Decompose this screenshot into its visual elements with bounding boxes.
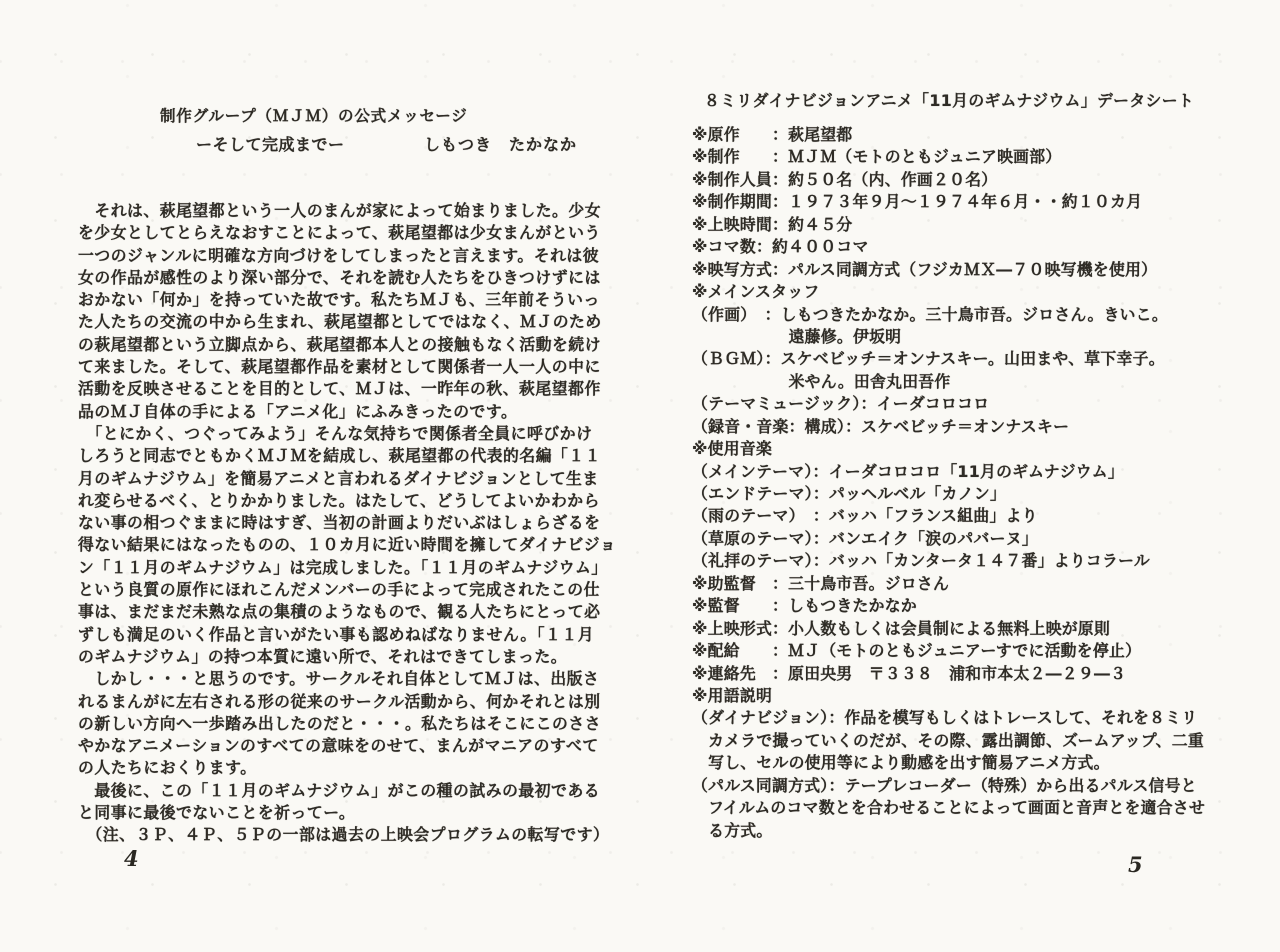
text-line: という良質の原作にほれこんだメンバーの手によって完成されたこの仕: [78, 579, 658, 601]
text-line: やかなアニメーションのすべての意味をのせて、まんがマニアのすべて: [78, 735, 658, 757]
text-line: ※メインスタッフ: [692, 281, 1252, 303]
left-page-author: しもつき たかなか: [424, 132, 577, 155]
text-line: フイルムのコマ数とを合わせることによって画面と音声とを適合させ: [692, 797, 1252, 819]
text-line: ※映写方式：パルス同調方式（フジカＭＸ―７０映写機を使用）: [692, 259, 1252, 281]
text-line: ※監督 ：しもつきたかなか: [692, 595, 1252, 617]
text-line: ※上映形式：小人数もしくは会員制による無料上映が原則: [692, 618, 1252, 640]
text-line: （注、３Ｐ、４Ｐ、５Ｐの一部は過去の上映会プログラムの転写です）: [78, 824, 658, 846]
text-line: 品のＭＪ自体の手による「アニメ化」にふみきったのです。: [78, 401, 658, 423]
text-line: を少女としてとらえなおすことによって、萩尾望都は少女まんがという: [78, 222, 658, 244]
text-line: （メインテーマ）：イーダコロコロ「11月のギムナジウム」: [692, 461, 1252, 483]
right-page-header: ８ミリダイナビジョンアニメ「11月のギムナジウム」データシート: [704, 88, 1194, 111]
text-line: 遠藤修。伊坂明: [692, 326, 1252, 348]
text-line: しかし・・・と思うのです。サークルそれ自体としてＭＪは、出版さ: [78, 668, 658, 690]
text-line: （雨のテーマ） ：バッハ「フランス組曲」より: [692, 505, 1252, 527]
page-number-5: 5: [1128, 852, 1143, 877]
text-line: 月のギムナジウム」を簡易アニメと言われるダイナビジョンとして生ま: [78, 468, 658, 490]
text-line: ない事の相つぐままに時はすぎ、当初の計画よりだいぶはしょらざるを: [78, 512, 658, 534]
page-number-4: 4: [124, 846, 139, 871]
text-line: ※使用音楽: [692, 438, 1252, 460]
text-line: る方式。: [692, 820, 1252, 842]
text-line: と同事に最後でないことを祈ってー。: [78, 802, 658, 824]
text-line: のギムナジウム」の持つ本質に遠い所で、それはできてしまった。: [78, 646, 658, 668]
text-line: 一つのジャンルに明確な方向づけをしてしまったと言えます。それは彼: [78, 245, 658, 267]
text-line: 得ない結果にはなったものの、１０カ月に近い時間を擁してダイナビジョ: [78, 534, 658, 556]
text-line: ※制作人員：約５０名（内、作画２０名）: [692, 169, 1252, 191]
text-line: ずしも満足のいく作品と言いがたい事も認めねばなりません。「１１月: [78, 624, 658, 646]
text-line: （パルス同調方式）：テープレコーダー（特殊）から出るパルス信号と: [692, 775, 1252, 797]
text-line: 最後に、この「１１月のギムナジウム」がこの種の試みの最初である: [78, 780, 658, 802]
text-line: ※配給 ：ＭＪ（モトのともジュニアーすでに活動を停止）: [692, 640, 1252, 662]
text-line: それは、萩尾望都という一人のまんが家によって始まりました。少女: [78, 200, 658, 222]
scanned-spread: 制作グループ（ＭＪＭ）の公式メッセージ ーそして完成までー しもつき たかなか …: [0, 0, 1280, 952]
text-line: ※上映時間：約４５分: [692, 214, 1252, 236]
text-line: ※助監督 ：三十鳥市吾。ジロさん: [692, 573, 1252, 595]
text-line: 米やん。田舎丸田吾作: [692, 371, 1252, 393]
text-line: （礼拝のテーマ）：バッハ「カンタータ１４７番」よりコラール: [692, 550, 1252, 572]
text-line: の新しい方向へ一歩踏み出したのだと・・・。私たちはそこにこのささ: [78, 713, 658, 735]
text-line: の人たちにおくります。: [78, 757, 658, 779]
text-line: ※用語説明: [692, 685, 1252, 707]
text-line: 女の作品が感性のより深い部分で、それを読む人たちをひきつけずには: [78, 267, 658, 289]
text-line: 「とにかく、つぐってみよう」そんな気持ちで関係者全員に呼びかけ: [78, 423, 658, 445]
text-line: 写し、セルの使用等により動感を出す簡易アニメ方式。: [692, 752, 1252, 774]
text-line: （ダイナビジョン）：作品を模写もしくはトレースして、それを８ミリ: [692, 707, 1252, 729]
text-line: （ＢＧＭ）：スケベビッチ＝オンナスキー。山田まや、草下幸子。: [692, 348, 1252, 370]
text-line: ※コマ数：約４００コマ: [692, 236, 1252, 258]
text-line: れるまんがに左右される形の従来のサークル活動から、何かそれとは別: [78, 691, 658, 713]
text-line: ※原作 ：萩尾望都: [692, 124, 1252, 146]
left-page-title: 制作グループ（ＭＪＭ）の公式メッセージ: [160, 104, 468, 126]
right-page-body: ※原作 ：萩尾望都※制作 ：ＭＪＭ（モトのともジュニア映画部）※制作人員：約５０…: [692, 124, 1252, 842]
text-line: の萩尾望都という立脚点から、萩尾望都本人との接触もなく活動を続け: [78, 334, 658, 356]
text-line: しろうと同志でともかくＭＪＭを結成し、萩尾望都の代表的名編「１１: [78, 445, 658, 467]
text-line: カメラで撮っていくのだが、その際、露出調節、ズームアップ、二重: [692, 730, 1252, 752]
text-line: 事は、まだまだ未熟な点の集積のようなもので、観る人たちにとって必: [78, 601, 658, 623]
text-line: ン「１１月のギムナジウム」は完成しました。「１１月のギムナジウム」: [78, 557, 658, 579]
left-page-body: それは、萩尾望都という一人のまんが家によって始まりました。少女を少女としてとらえ…: [78, 200, 658, 847]
text-line: 活動を反映させることを目的として、ＭＪは、一昨年の秋、萩尾望都作: [78, 378, 658, 400]
text-line: （作画） ：しもつきたかなか。三十鳥市吾。ジロさん。きいこ。: [692, 304, 1252, 326]
text-line: ※制作 ：ＭＪＭ（モトのともジュニア映画部）: [692, 146, 1252, 168]
left-page-subtitle: ーそして完成までー: [196, 132, 345, 155]
text-line: （録音・音楽：構成）：スケベビッチ＝オンナスキー: [692, 416, 1252, 438]
text-line: れ変らせるべく、とりかかりました。はたして、どうしてよいかわから: [78, 490, 658, 512]
text-line: （草原のテーマ）：バンエイク「涙のパバーヌ」: [692, 528, 1252, 550]
text-line: （テーマミュージック）：イーダコロコロ: [692, 393, 1252, 415]
text-line: （エンドテーマ）：パッヘルベル「カノン」: [692, 483, 1252, 505]
text-line: ※連絡先 ：原田央男 〒３３８ 浦和市本太２―２９―３: [692, 663, 1252, 685]
text-line: て来ました。そして、萩尾望都作品を素材として関係者一人一人の中に: [78, 356, 658, 378]
text-line: た人たちの交流の中から生まれ、萩尾望都としてではなく、ＭＪのため: [78, 311, 658, 333]
text-line: おかない「何か」を持っていた故です。私たちＭＪも、三年前そういっ: [78, 289, 658, 311]
text-line: ※制作期間：１９７３年９月～１９７４年６月・・約１０カ月: [692, 191, 1252, 213]
